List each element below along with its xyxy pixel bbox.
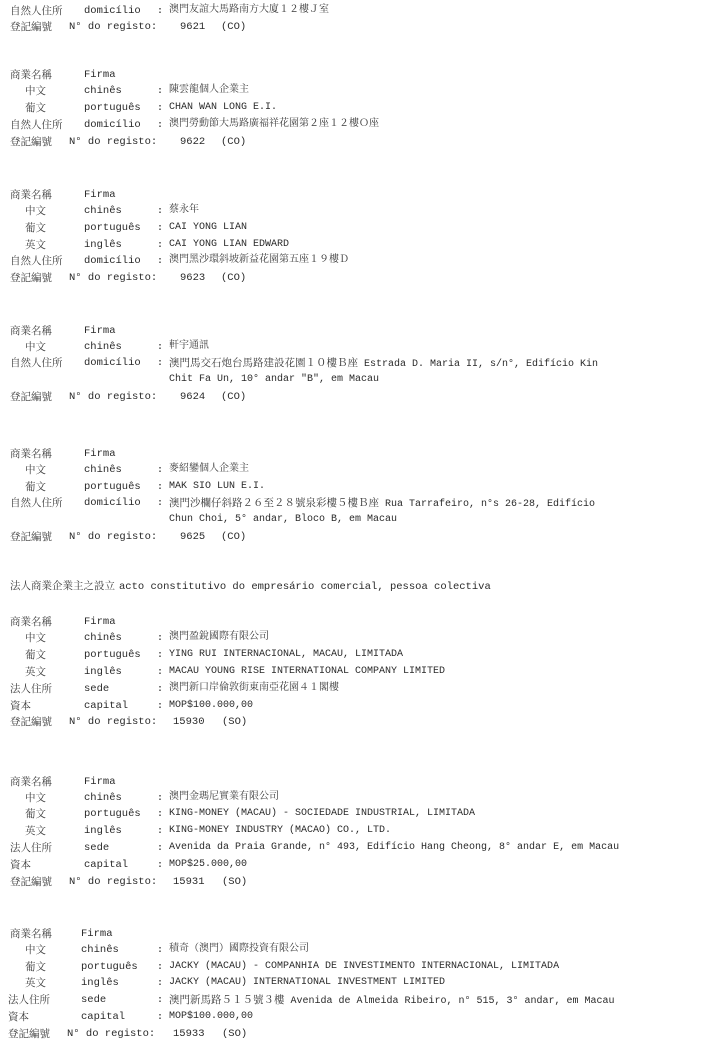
colon: : — [157, 100, 163, 116]
portugues-label-zh: 葡文 — [25, 479, 46, 495]
registo-label-pt: N° do registo: — [69, 714, 157, 730]
domicilio-label-pt: domicílio — [84, 3, 141, 19]
registo-type: (CO) — [221, 19, 246, 35]
chines-label-zh: 中文 — [25, 630, 46, 646]
section-heading-zh: 法人商業企業主之設立 — [10, 580, 115, 592]
chines-value: 澳門金瑪尼實業有限公司 — [169, 790, 279, 806]
portugues-value: KING-MONEY (MACAU) - SOCIEDADE INDUSTRIA… — [169, 806, 475, 822]
sede-label-pt: sede — [81, 992, 106, 1008]
ingles-label-pt: inglês — [84, 823, 122, 839]
chines-label-zh: 中文 — [25, 83, 46, 99]
portugues-label-zh: 葡文 — [25, 647, 46, 663]
ingles-label-pt: inglês — [84, 237, 122, 253]
sede-label-zh: 法人住所 — [10, 681, 52, 697]
registo-label-pt: N° do registo: — [69, 270, 157, 286]
colon: : — [157, 203, 163, 219]
registo-label-pt: N° do registo: — [69, 134, 157, 150]
firma-label-zh: 商業名稱 — [10, 187, 52, 203]
registo-label-zh: 登記編號 — [10, 134, 52, 150]
chines-label-pt: chinês — [81, 942, 119, 958]
domicilio-value-pt: Estrada D. Maria II, s/n°, Edifício Kin — [358, 359, 598, 370]
colon: : — [157, 237, 163, 253]
ingles-value: KING-MONEY INDUSTRY (MACAO) CO., LTD. — [169, 823, 391, 839]
colon: : — [157, 83, 163, 99]
chines-label-zh: 中文 — [25, 203, 46, 219]
registo-number: 9623 — [180, 270, 205, 286]
chines-value: 蔡永年 — [169, 203, 199, 219]
portugues-label-pt: português — [84, 806, 141, 822]
domicilio-value: 澳門友誼大馬路南方大廈１２樓Ｊ室 — [169, 3, 329, 19]
portugues-value: CAI YONG LIAN — [169, 220, 247, 236]
firma-label-zh: 商業名稱 — [10, 774, 52, 790]
sede-label-pt: sede — [84, 681, 109, 697]
registo-number: 9624 — [180, 389, 205, 405]
portugues-label-pt: português — [81, 959, 138, 975]
chines-label-pt: chinês — [84, 203, 122, 219]
firma-label-zh: 商業名稱 — [10, 446, 52, 462]
chines-value: 積奇（澳門）國際投資有限公司 — [169, 942, 309, 958]
registo-label-zh: 登記編號 — [10, 19, 52, 35]
sede-label-zh: 法人住所 — [10, 840, 52, 856]
firma-label-pt: Firma — [81, 926, 113, 942]
registo-number: 9625 — [180, 529, 205, 545]
sede-value: Avenida da Praia Grande, n° 493, Edifíci… — [169, 840, 619, 856]
capital-label-pt: capital — [84, 857, 128, 873]
registo-type: (CO) — [221, 389, 246, 405]
registo-type: (CO) — [221, 529, 246, 545]
chines-label-pt: chinês — [84, 83, 122, 99]
registo-type: (CO) — [221, 134, 246, 150]
colon: : — [157, 681, 163, 697]
colon: : — [157, 220, 163, 236]
chines-value: 陳雲龍個人企業主 — [169, 83, 249, 99]
portugues-label-pt: português — [84, 100, 141, 116]
colon: : — [157, 339, 163, 355]
domicilio-label-pt: domicílio — [84, 117, 141, 133]
sede-value: 澳門新馬路５１５號３樓 Avenida de Almeida Ribeiro, … — [169, 992, 615, 1010]
chines-label-zh: 中文 — [25, 942, 46, 958]
domicilio-value: 澳門勞動節大馬路廣福祥花園第２座１２樓Ｏ座 — [169, 117, 379, 133]
colon: : — [157, 664, 163, 680]
capital-label-pt: capital — [81, 1009, 125, 1025]
portugues-label-pt: português — [84, 479, 141, 495]
colon: : — [157, 857, 163, 873]
firma-label-zh: 商業名稱 — [10, 614, 52, 630]
domicilio-label-pt: domicílio — [84, 355, 141, 371]
registo-label-zh: 登記編號 — [10, 529, 52, 545]
firma-label-pt: Firma — [84, 67, 116, 83]
portugues-value: JACKY (MACAU) - COMPANHIA DE INVESTIMENT… — [169, 959, 559, 975]
registo-number: 15933 — [173, 1026, 205, 1042]
colon: : — [157, 942, 163, 958]
chines-label-pt: chinês — [84, 790, 122, 806]
capital-value: MOP$100.000,00 — [169, 1009, 253, 1025]
domicilio-value-continuation: Chit Fa Un, 10° andar "B", em Macau — [169, 372, 379, 388]
sede-value-zh: 澳門新馬路５１５號３樓 — [169, 994, 285, 1006]
portugues-value: YING RUI INTERNACIONAL, MACAU, LIMITADA — [169, 647, 403, 663]
domicilio-label-zh: 自然人住所 — [10, 3, 63, 19]
colon: : — [157, 840, 163, 856]
domicilio-label-pt: domicílio — [84, 495, 141, 511]
colon: : — [157, 630, 163, 646]
capital-value: MOP$100.000,00 — [169, 698, 253, 714]
colon: : — [157, 647, 163, 663]
ingles-label-zh: 英文 — [25, 823, 46, 839]
portugues-label-zh: 葡文 — [25, 100, 46, 116]
chines-label-pt: chinês — [84, 462, 122, 478]
ingles-value: CAI YONG LIAN EDWARD — [169, 237, 289, 253]
section-heading-pt: acto constitutivo do empresário comercia… — [119, 581, 491, 593]
registo-number: 15931 — [173, 874, 205, 890]
registo-number: 9622 — [180, 134, 205, 150]
ingles-label-pt: inglês — [84, 664, 122, 680]
ingles-label-pt: inglês — [81, 975, 119, 991]
colon: : — [157, 462, 163, 478]
ingles-label-zh: 英文 — [25, 664, 46, 680]
registo-label-pt: N° do registo: — [69, 529, 157, 545]
portugues-value: CHAN WAN LONG E.I. — [169, 100, 277, 116]
domicilio-value-continuation: Chun Choi, 5° andar, Bloco B, em Macau — [169, 512, 397, 528]
chines-label-pt: chinês — [84, 339, 122, 355]
firma-label-zh: 商業名稱 — [10, 926, 52, 942]
domicilio-label-pt: domicílio — [84, 253, 141, 269]
ingles-label-zh: 英文 — [25, 975, 46, 991]
chines-label-pt: chinês — [84, 630, 122, 646]
domicilio-value-pt: Rua Tarrafeiro, n°s 26-28, Edifício — [379, 499, 595, 510]
domicilio-value: 澳門馬交石炮台馬路建設花園１０樓Ｂ座 Estrada D. Maria II, … — [169, 355, 598, 373]
firma-label-pt: Firma — [84, 446, 116, 462]
registo-type: (SO) — [222, 1026, 247, 1042]
sede-value-pt: Avenida de Almeida Ribeiro, n° 515, 3° a… — [285, 996, 615, 1007]
colon: : — [157, 823, 163, 839]
registo-type: (SO) — [222, 714, 247, 730]
firma-label-pt: Firma — [84, 323, 116, 339]
domicilio-value: 澳門沙欄仔斜路２６至２８號泉彩樓５樓Ｂ座 Rua Tarrafeiro, n°s… — [169, 495, 595, 513]
registo-label-pt: N° do registo: — [67, 1026, 155, 1042]
colon: : — [157, 1009, 163, 1025]
chines-label-zh: 中文 — [25, 790, 46, 806]
colon: : — [157, 355, 163, 371]
firma-label-pt: Firma — [84, 187, 116, 203]
registo-type: (CO) — [221, 270, 246, 286]
capital-label-zh: 資本 — [10, 857, 31, 873]
colon: : — [157, 790, 163, 806]
domicilio-label-zh: 自然人住所 — [10, 253, 63, 269]
capital-label-pt: capital — [84, 698, 128, 714]
firma-label-pt: Firma — [84, 774, 116, 790]
portugues-label-pt: português — [84, 220, 141, 236]
portugues-value: MAK SIO LUN E.I. — [169, 479, 265, 495]
ingles-label-zh: 英文 — [25, 237, 46, 253]
registo-label-pt: N° do registo: — [69, 19, 157, 35]
firma-label-zh: 商業名稱 — [10, 323, 52, 339]
chines-label-zh: 中文 — [25, 462, 46, 478]
registo-label-zh: 登記編號 — [10, 714, 52, 730]
colon: : — [157, 479, 163, 495]
colon: : — [157, 959, 163, 975]
gazette-page: 自然人住所 domicílio : 澳門友誼大馬路南方大廈１２樓Ｊ室 登記編號 … — [0, 0, 713, 1054]
registo-number: 9621 — [180, 19, 205, 35]
colon: : — [157, 698, 163, 714]
domicilio-value-zh: 澳門沙欄仔斜路２６至２８號泉彩樓５樓Ｂ座 — [169, 497, 379, 509]
chines-value: 澳門盈銳國際有限公司 — [169, 630, 269, 646]
registo-label-pt: N° do registo: — [69, 389, 157, 405]
chines-value: 麥紹鑾個人企業主 — [169, 462, 249, 478]
domicilio-label-zh: 自然人住所 — [10, 117, 63, 133]
colon: : — [157, 806, 163, 822]
firma-label-pt: Firma — [84, 614, 116, 630]
ingles-value: MACAU YOUNG RISE INTERNATIONAL COMPANY L… — [169, 664, 445, 680]
registo-label-zh: 登記編號 — [8, 1026, 50, 1042]
capital-value: MOP$25.000,00 — [169, 857, 247, 873]
portugues-label-pt: português — [84, 647, 141, 663]
portugues-label-zh: 葡文 — [25, 806, 46, 822]
portugues-label-zh: 葡文 — [25, 959, 46, 975]
sede-label-zh: 法人住所 — [8, 992, 50, 1008]
chines-value: 軒宇通訊 — [169, 339, 209, 355]
capital-label-zh: 資本 — [10, 698, 31, 714]
sede-label-pt: sede — [84, 840, 109, 856]
portugues-label-zh: 葡文 — [25, 220, 46, 236]
capital-label-zh: 資本 — [8, 1009, 29, 1025]
colon: : — [157, 117, 163, 133]
ingles-value: JACKY (MACAU) INTERNATIONAL INVESTMENT L… — [169, 975, 445, 991]
registo-label-zh: 登記編號 — [10, 270, 52, 286]
colon: : — [157, 3, 163, 19]
colon: : — [157, 975, 163, 991]
colon: : — [157, 495, 163, 511]
domicilio-label-zh: 自然人住所 — [10, 495, 63, 511]
registo-number: 15930 — [173, 714, 205, 730]
chines-label-zh: 中文 — [25, 339, 46, 355]
registo-label-zh: 登記編號 — [10, 874, 52, 890]
domicilio-label-zh: 自然人住所 — [10, 355, 63, 371]
domicilio-value-zh: 澳門馬交石炮台馬路建設花園１０樓Ｂ座 — [169, 357, 358, 369]
registo-label-zh: 登記編號 — [10, 389, 52, 405]
colon: : — [157, 253, 163, 269]
colon: : — [157, 992, 163, 1008]
domicilio-value: 澳門黑沙環斜坡新益花園第五座１９樓Ｄ — [169, 253, 349, 269]
sede-value: 澳門新口岸倫敦街東南亞花園４１閣樓 — [169, 681, 339, 697]
registo-type: (SO) — [222, 874, 247, 890]
firma-label-zh: 商業名稱 — [10, 67, 52, 83]
registo-label-pt: N° do registo: — [69, 874, 157, 890]
